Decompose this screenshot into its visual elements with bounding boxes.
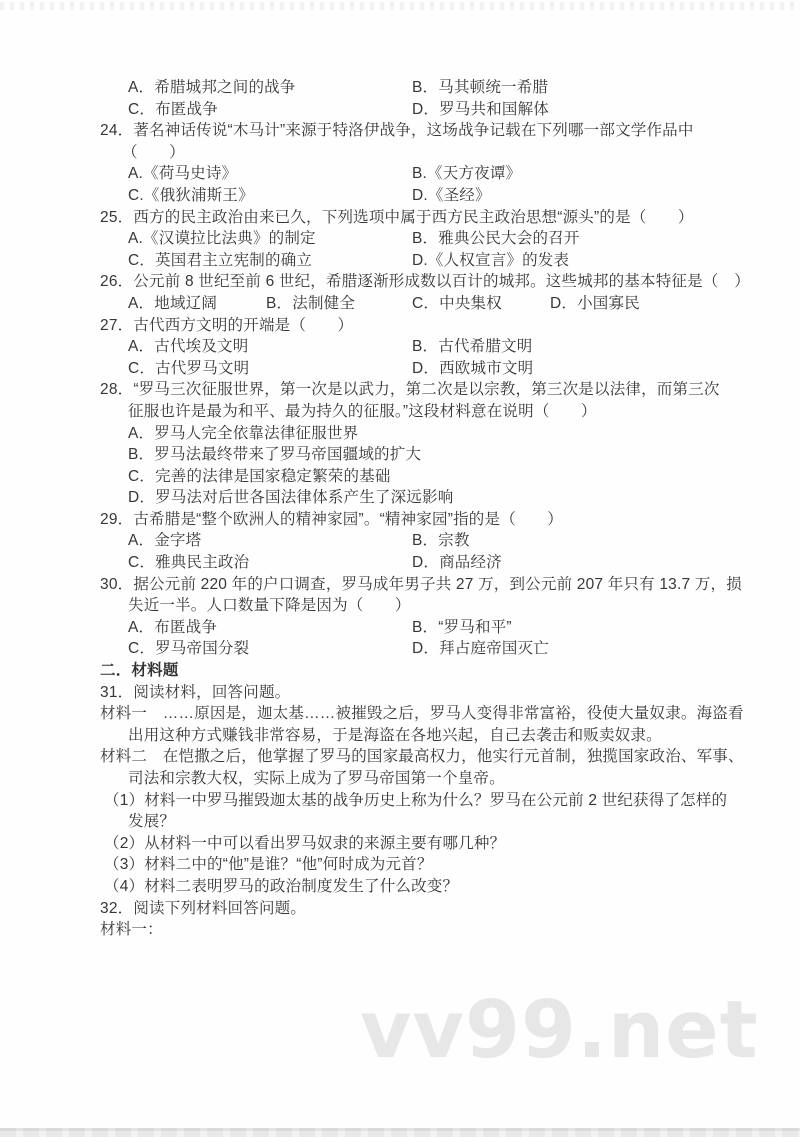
continuation-line: B．罗马法最终带来了罗马帝国疆域的扩大: [100, 444, 740, 466]
sub-question-line: （4）材料二表明罗马的政治制度发生了什么改变？: [100, 876, 740, 898]
option: D．拜占庭帝国灭亡: [412, 638, 549, 660]
option: D．西欧城市文明: [412, 358, 533, 380]
continuation-line: 司法和宗教大权，实际上成为了罗马帝国第一个皇帝。: [100, 768, 740, 790]
option-row: A．布匿战争B．“罗马和平”: [100, 617, 740, 639]
option: C．罗马帝国分裂: [128, 638, 249, 660]
watermark: vv99.net: [360, 984, 759, 1076]
question-line: 31．阅读材料，回答问题。: [100, 682, 740, 704]
option-row: A．地域辽阔B．法制健全C．中央集权D．小国寡民: [100, 293, 740, 315]
option: A．地域辽阔: [128, 293, 217, 315]
continuation-line: C．完善的法律是国家稳定繁荣的基础: [100, 466, 740, 488]
document-body: A．希腊城邦之间的战争B．马其顿统一希腊C．布匿战争D．罗马共和国解体24．著名…: [100, 77, 740, 941]
continuation-line: A．罗马人完全依靠法律征服世界: [100, 423, 740, 445]
question-line: 30．据公元前 220 年的户口调查，罗马成年男子共 27 万，到公元前 207…: [100, 574, 740, 596]
option-row: C．英国君主立宪制的确立D.《人权宣言》的发表: [100, 250, 740, 272]
option-row: C．布匿战争D．罗马共和国解体: [100, 99, 740, 121]
question-line: 27．古代西方文明的开端是（ ）: [100, 315, 740, 337]
option: C．中央集权: [412, 293, 502, 315]
option: D．商品经济: [412, 552, 502, 574]
option: B．马其顿统一希腊: [412, 77, 548, 99]
option: C．雅典民主政治: [128, 552, 249, 574]
continuation-line: 发展？: [100, 811, 740, 833]
option: C．布匿战争: [128, 99, 218, 121]
sub-question-line: （2）从材料一中可以看出罗马奴隶的来源主要有哪几种？: [100, 833, 740, 855]
option: B．“罗马和平”: [412, 617, 512, 639]
option: A.《荷马史诗》: [128, 163, 237, 185]
option: D．罗马共和国解体: [412, 99, 549, 121]
question-line: 24．著名神话传说“木马计”来源于特洛伊战争，这场战争记载在下列哪一部文学作品中: [100, 120, 740, 142]
scan-bottom-edge: [0, 1128, 800, 1137]
option: B．宗教: [412, 530, 470, 552]
continuation-line: 征服也许是最为和平、最为持久的征服。”这段材料意在说明（ ）: [100, 401, 740, 423]
option-row: C．罗马帝国分裂D．拜占庭帝国灭亡: [100, 638, 740, 660]
option: B．古代希腊文明: [412, 336, 532, 358]
option-row: C．古代罗马文明D．西欧城市文明: [100, 358, 740, 380]
question-line: 材料一：: [100, 919, 740, 941]
option-row: A．金字塔B．宗教: [100, 530, 740, 552]
question-line: 28．“罗马三次征服世界，第一次是以武力，第二次是以宗教，第三次是以法律，而第三…: [100, 379, 740, 401]
option: D.《人权宣言》的发表: [412, 250, 569, 272]
option-row: C.《俄狄浦斯王》D.《圣经》: [100, 185, 740, 207]
section-heading: 二．材料题: [100, 660, 740, 682]
continuation-line: 出用这种方式赚钱非常容易，于是海盗在各地兴起，自己去袭击和贩卖奴隶。: [100, 725, 740, 747]
option: A．金字塔: [128, 530, 201, 552]
option: B．雅典公民大会的召开: [412, 228, 580, 250]
option: B．法制健全: [266, 293, 355, 315]
question-line: 材料一 ……原因是，迦太基……被摧毁之后，罗马人变得非常富裕，役使大量奴隶。海盗…: [100, 703, 740, 725]
sub-question-line: （3）材料二中的“他”是谁？“他”何时成为元首？: [100, 854, 740, 876]
option-row: A．古代埃及文明B．古代希腊文明: [100, 336, 740, 358]
option: D.《圣经》: [412, 185, 491, 207]
question-line: 32．阅读下列材料回答问题。: [100, 898, 740, 920]
option: A．希腊城邦之间的战争: [128, 77, 296, 99]
question-line: 25．西方的民主政治由来已久，下列选项中属于西方民主政治思想“源头”的是（ ）: [100, 207, 740, 229]
answer-blank-parens: （ ）: [100, 142, 740, 164]
scanned-exam-page: A．希腊城邦之间的战争B．马其顿统一希腊C．布匿战争D．罗马共和国解体24．著名…: [0, 0, 800, 1137]
question-line: 材料二 在恺撒之后，他掌握了罗马的国家最高权力，他实行元首制，独揽国家政治、军事…: [100, 746, 740, 768]
scan-top-edge: [0, 2, 800, 10]
option: C.《俄狄浦斯王》: [128, 185, 254, 207]
option: A．布匿战争: [128, 617, 217, 639]
option: C．古代罗马文明: [128, 358, 249, 380]
option: C．英国君主立宪制的确立: [128, 250, 312, 272]
continuation-line: D．罗马法对后世各国法律体系产生了深远影响: [100, 487, 740, 509]
option-row: A．希腊城邦之间的战争B．马其顿统一希腊: [100, 77, 740, 99]
question-line: 26．公元前 8 世纪至前 6 世纪，希腊逐渐形成数以百计的城邦。这些城邦的基本…: [100, 271, 740, 293]
question-line: 29．古希腊是“整个欧洲人的精神家园”。“精神家园”指的是（ ）: [100, 509, 740, 531]
continuation-line: 失近一半。人口数量下降是因为（ ）: [100, 595, 740, 617]
option: A.《汉谟拉比法典》的制定: [128, 228, 316, 250]
option: A．古代埃及文明: [128, 336, 248, 358]
option: B.《天方夜谭》: [412, 163, 521, 185]
sub-question-line: （1）材料一中罗马摧毁迦太基的战争历史上称为什么？罗马在公元前 2 世纪获得了怎…: [100, 790, 740, 812]
option-row: A.《汉谟拉比法典》的制定B．雅典公民大会的召开: [100, 228, 740, 250]
option-row: A.《荷马史诗》B.《天方夜谭》: [100, 163, 740, 185]
option-row: C．雅典民主政治D．商品经济: [100, 552, 740, 574]
option: D．小国寡民: [550, 293, 640, 315]
